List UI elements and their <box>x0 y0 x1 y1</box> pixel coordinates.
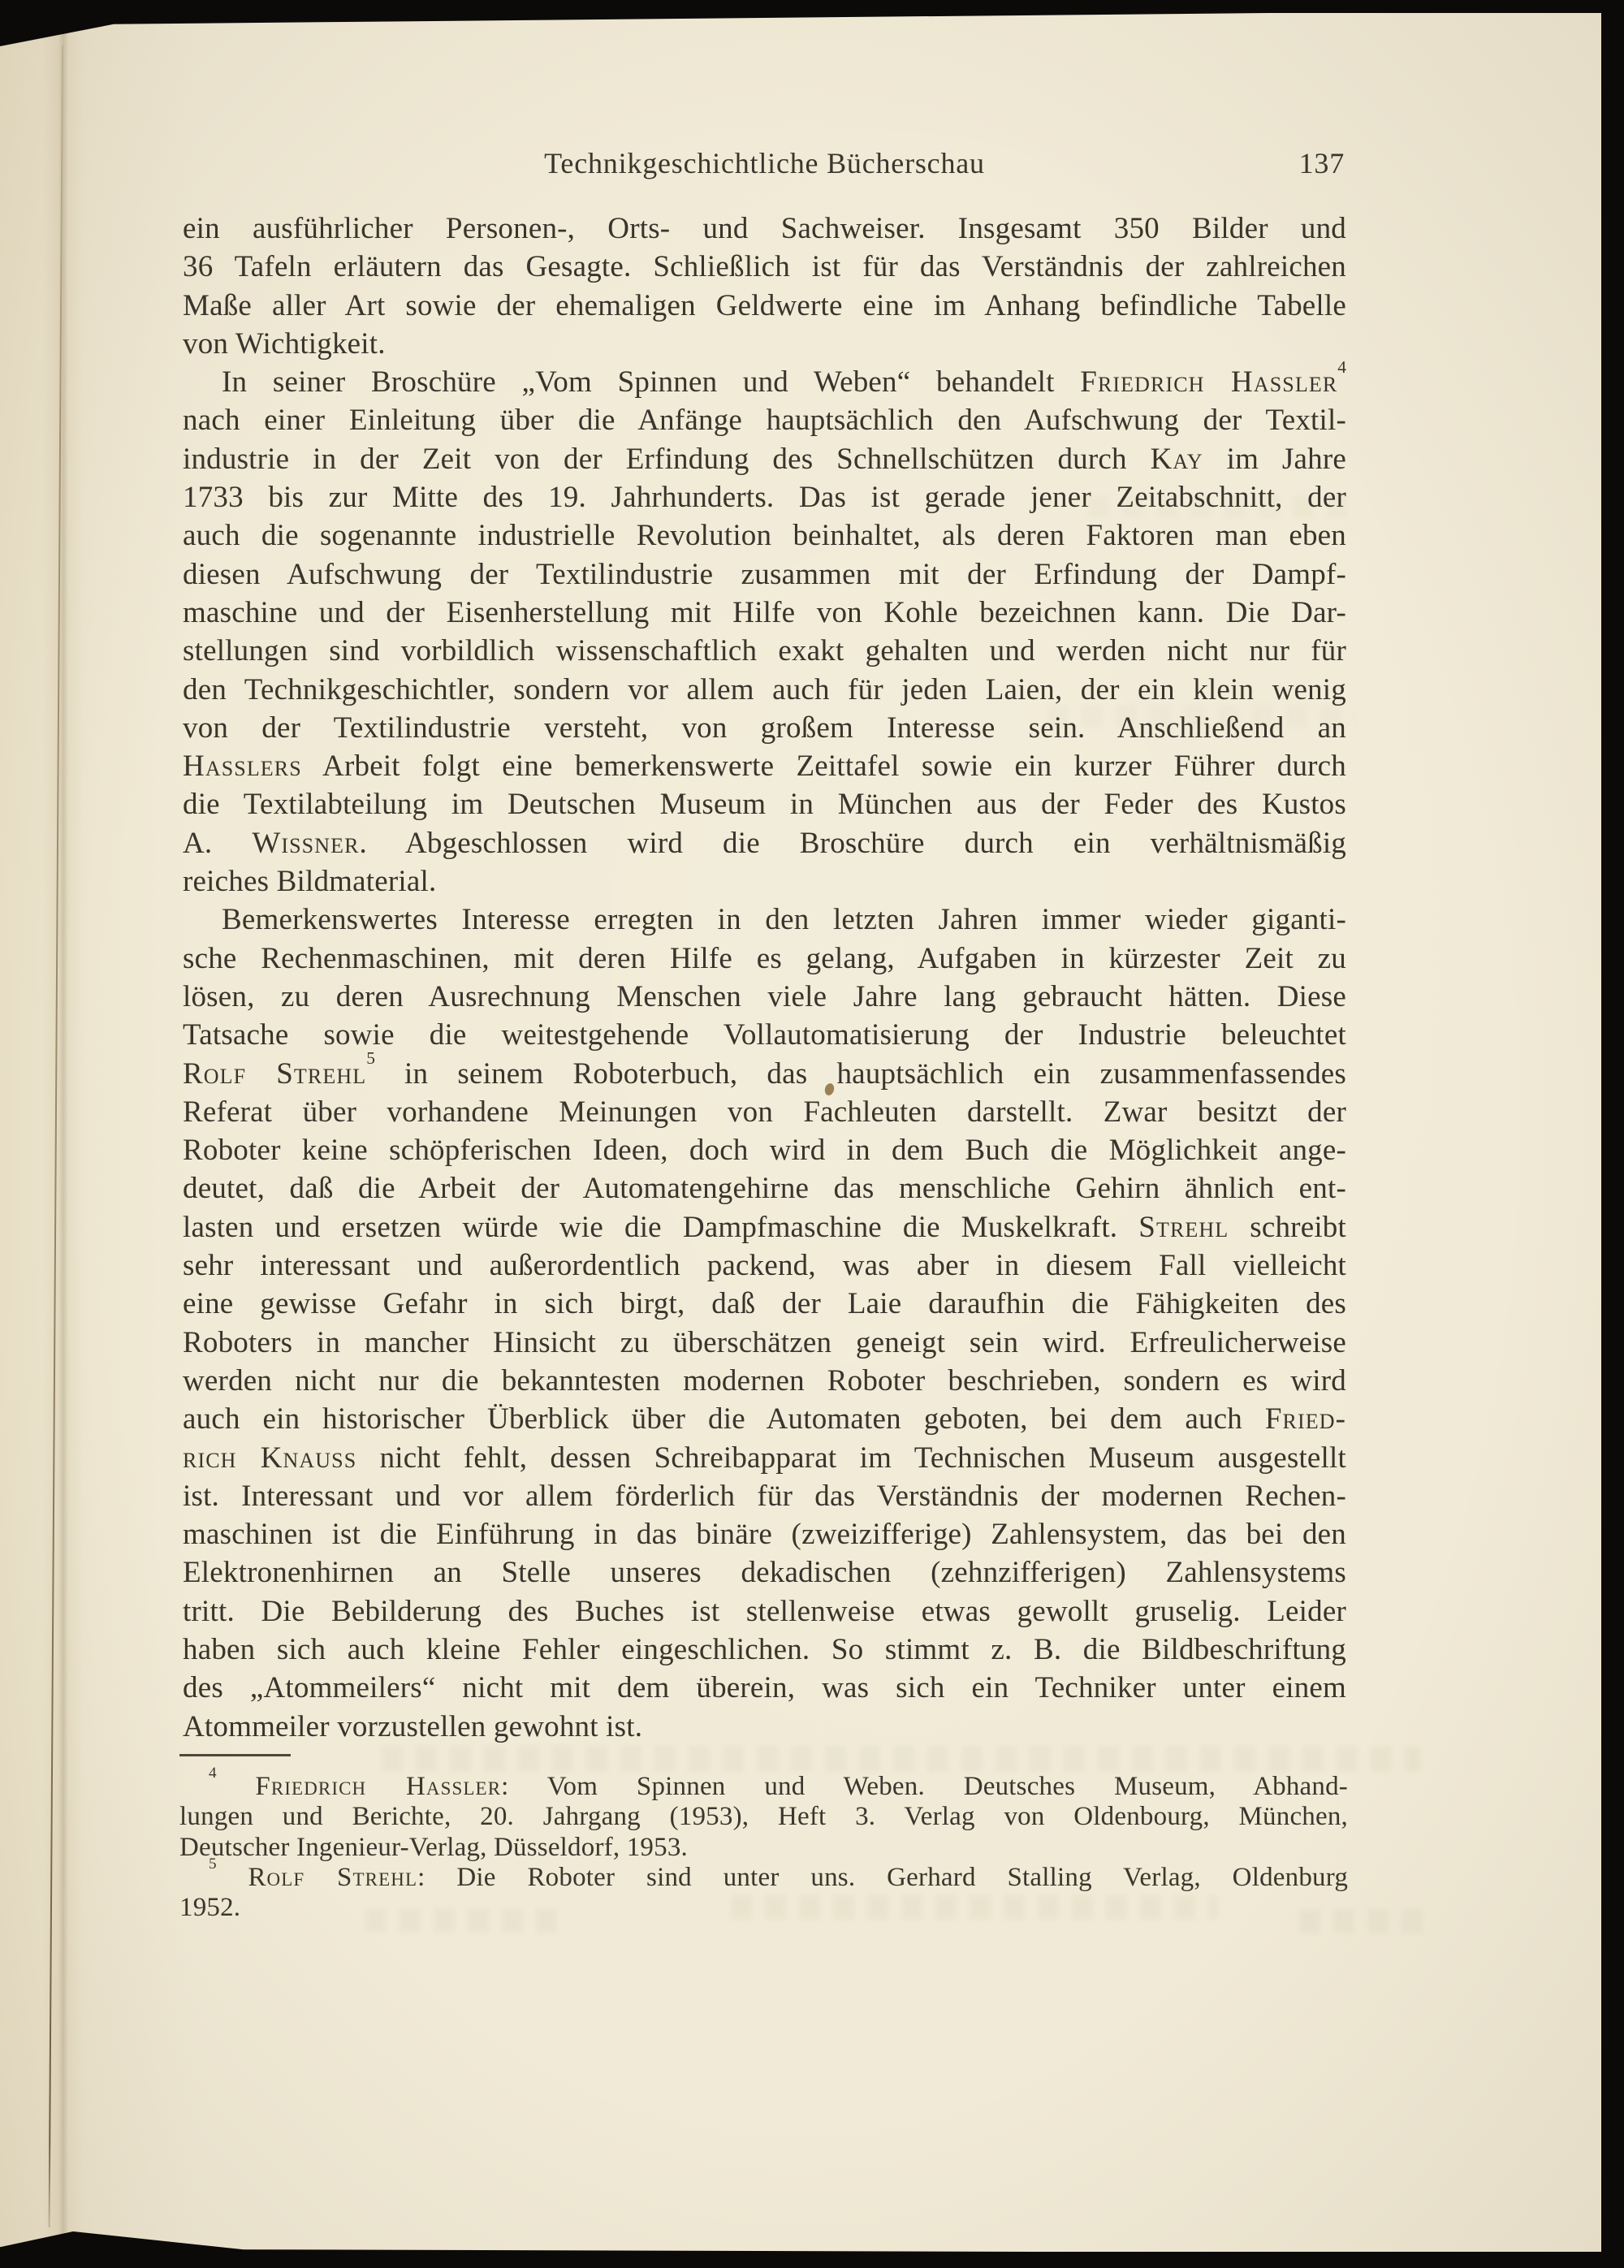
text-line: von Wichtigkeit. <box>183 325 1346 363</box>
paragraph: Bemerkenswertes Interesse erregten in de… <box>183 901 1346 1746</box>
text-line: lasten und ersetzen würde wie die Dampfm… <box>183 1208 1346 1246</box>
text-line: 4 Friedrich Hassler: Vom Spinnen und Web… <box>179 1772 1348 1802</box>
text-line: Elektronenhirnen an Stelle unseres dekad… <box>183 1553 1346 1592</box>
text-line: Roboter keine schöpferischen Ideen, doch… <box>183 1131 1346 1169</box>
text-segment: A. <box>183 827 252 860</box>
text-segment: reiches Bildmaterial. <box>183 865 436 898</box>
text-segment: den Technikgeschichtler, sondern vor all… <box>183 673 1346 706</box>
text-line: stellungen sind vorbildlich wissenschaft… <box>183 632 1346 670</box>
text-line: 5 Rolf Strehl: Die Roboter sind unter un… <box>179 1863 1348 1893</box>
small-caps-name: Friedrich Hassler <box>1080 365 1337 399</box>
page-number: 137 <box>1299 146 1345 180</box>
text-segment: industrie in der Zeit von der Erfindung … <box>183 443 1151 476</box>
footnote-reference: 4 <box>1337 357 1346 377</box>
text-line: den Technikgeschichtler, sondern vor all… <box>183 671 1346 709</box>
text-segment: Bemerkenswertes Interesse erregten in de… <box>222 903 1346 936</box>
text-segment: von Wichtigkeit. <box>183 327 386 361</box>
text-segment: ist. Interessant und vor allem förderlic… <box>183 1480 1346 1513</box>
text-segment: sche Rechenmaschinen, mit deren Hilfe es… <box>183 942 1346 975</box>
text-segment <box>217 1772 256 1801</box>
small-caps-name: rich Knauss <box>183 1441 356 1475</box>
text-segment: 1952. <box>179 1893 240 1922</box>
text-line: Referat über vorhandene Meinungen von Fa… <box>183 1093 1346 1131</box>
small-caps-name: Wissner <box>252 827 359 860</box>
text-line: reiches Bildmaterial. <box>183 862 1346 901</box>
text-segment: Atommeiler vorzustellen gewohnt ist. <box>183 1710 642 1743</box>
text-segment: Roboters in mancher Hinsicht zu überschä… <box>183 1326 1346 1359</box>
paragraph: ein ausführlicher Personen-, Orts- und S… <box>183 210 1346 363</box>
text-line: Deutscher Ingenieur-Verlag, Düsseldorf, … <box>179 1833 1348 1863</box>
text-segment: schreibt <box>1229 1211 1346 1244</box>
text-line: werden nicht nur die bekanntesten modern… <box>183 1362 1346 1400</box>
text-segment: 36 Tafeln erläutern das Gesagte. Schließ… <box>183 250 1346 283</box>
text-line: eine gewisse Gefahr in sich birgt, daß d… <box>183 1285 1346 1323</box>
text-segment: des „Atommeilers“ nicht mit dem überein,… <box>183 1671 1346 1704</box>
text-line: auch ein historischer Überblick über die… <box>183 1400 1346 1438</box>
bleed-through <box>382 1746 1421 1772</box>
text-line: ist. Interessant und vor allem förderlic… <box>183 1477 1346 1515</box>
small-caps-name: Fried- <box>1265 1402 1346 1436</box>
text-segment: Elektronenhirnen an Stelle unseres dekad… <box>183 1556 1346 1589</box>
footnote-reference: 4 <box>209 1765 217 1782</box>
text-line: Roboters in mancher Hinsicht zu überschä… <box>183 1324 1346 1362</box>
text-line: diesen Aufschwung der Textilindustrie zu… <box>183 555 1346 594</box>
text-segment: stellungen sind vorbildlich wissenschaft… <box>183 634 1346 667</box>
text-segment: diesen Aufschwung der Textilindustrie zu… <box>183 558 1346 591</box>
text-line: maschinen ist die Einführung in das binä… <box>183 1515 1346 1553</box>
text-segment: auch die sogenannte industrielle Revolut… <box>183 519 1346 552</box>
page-title: Technikgeschichtliche Bücherschau <box>183 146 1346 180</box>
text-line: von der Textilindustrie versteht, von gr… <box>183 709 1346 747</box>
text-segment: nicht fehlt, dessen Schreibapparat im Te… <box>356 1441 1346 1475</box>
text-segment: im Jahre <box>1203 443 1346 476</box>
text-segment: lösen, zu deren Ausrechnung Menschen vie… <box>183 980 1346 1013</box>
scan-background-right <box>1601 0 1624 2268</box>
text-segment: Referat über vorhandene Meinungen von Fa… <box>183 1095 1346 1129</box>
footnote-rule <box>179 1754 291 1756</box>
text-line: A. Wissner. Abgeschlossen wird die Brosc… <box>183 824 1346 862</box>
text-line: Hasslers Arbeit folgt eine bemerkenswert… <box>183 747 1346 785</box>
gutter-crease <box>49 45 63 2227</box>
text-segment: 1733 bis zur Mitte des 19. Jahrhunderts.… <box>183 481 1346 514</box>
text-segment: . Abgeschlossen wird die Broschüre durch… <box>360 827 1346 860</box>
text-segment: maschinen ist die Einführung in das binä… <box>183 1518 1346 1551</box>
book-scan: Technikgeschichtliche Bücherschau 137 ei… <box>0 0 1624 2268</box>
text-segment: Deutscher Ingenieur-Verlag, Düsseldorf, … <box>179 1833 688 1862</box>
text-segment <box>217 1863 248 1892</box>
text-line: auch die sogenannte industrielle Revolut… <box>183 516 1346 555</box>
text-segment: tritt. Die Bebilderung des Buches ist st… <box>183 1595 1346 1628</box>
page-edge-stack <box>1601 0 1624 2268</box>
text-line: Bemerkenswertes Interesse erregten in de… <box>183 901 1346 939</box>
text-line: lösen, zu deren Ausrechnung Menschen vie… <box>183 978 1346 1016</box>
text-segment: auch ein historischer Überblick über die… <box>183 1402 1265 1436</box>
text-segment: Tatsache sowie die weitestgehende Vollau… <box>183 1018 1346 1052</box>
small-caps-name: Rolf Strehl <box>183 1057 366 1091</box>
text-line: Atommeiler vorzustellen gewohnt ist. <box>183 1708 1346 1746</box>
text-line: die Textilabteilung im Deutschen Museum … <box>183 785 1346 823</box>
book-page: Technikgeschichtliche Bücherschau 137 ei… <box>0 13 1601 2252</box>
text-segment: ein ausführlicher Personen-, Orts- und S… <box>183 212 1346 245</box>
footnote-reference: 5 <box>366 1048 375 1068</box>
text-segment: Arbeit folgt eine bemerkenswerte Zeittaf… <box>302 750 1346 783</box>
footnote-reference: 5 <box>209 1855 217 1873</box>
text-segment: deutet, daß die Arbeit der Automatengehi… <box>183 1172 1346 1205</box>
text-line: rich Knauss nicht fehlt, dessen Schreiba… <box>183 1439 1346 1477</box>
text-segment: nach einer Einleitung über die Anfänge h… <box>183 404 1346 437</box>
text-segment: in seinem Roboterbuch, das hauptsächlich… <box>375 1057 1346 1091</box>
text-segment: maschine und der Eisenherstellung mit Hi… <box>183 596 1346 629</box>
body-text: ein ausführlicher Personen-, Orts- und S… <box>183 210 1346 1746</box>
text-line: 36 Tafeln erläutern das Gesagte. Schließ… <box>183 248 1346 286</box>
text-segment: lungen und Berichte, 20. Jahrgang (1953)… <box>179 1802 1348 1831</box>
running-head: Technikgeschichtliche Bücherschau 137 <box>183 146 1346 187</box>
text-line: Rolf Strehl5 in seinem Roboterbuch, das … <box>183 1055 1346 1093</box>
text-segment: werden nicht nur die bekanntesten modern… <box>183 1364 1346 1398</box>
text-line: nach einer Einleitung über die Anfänge h… <box>183 401 1346 439</box>
small-caps-name: Strehl <box>1138 1211 1229 1244</box>
text-segment: In seiner Broschüre „Vom Spinnen und Web… <box>222 365 1080 399</box>
page-edge-light <box>1609 0 1618 2268</box>
text-line: sehr interessant und außerordentlich pac… <box>183 1246 1346 1285</box>
text-segment: haben sich auch kleine Fehler eingeschli… <box>183 1633 1346 1666</box>
text-segment: eine gewisse Gefahr in sich birgt, daß d… <box>183 1287 1346 1320</box>
text-line: des „Atommeilers“ nicht mit dem überein,… <box>183 1669 1346 1707</box>
text-line: maschine und der Eisenherstellung mit Hi… <box>183 594 1346 632</box>
text-line: In seiner Broschüre „Vom Spinnen und Web… <box>183 363 1346 401</box>
text-line: lungen und Berichte, 20. Jahrgang (1953)… <box>179 1802 1348 1832</box>
text-segment: von der Textilindustrie versteht, von gr… <box>183 711 1346 745</box>
text-line: Tatsache sowie die weitestgehende Vollau… <box>183 1016 1346 1054</box>
text-line: tritt. Die Bebilderung des Buches ist st… <box>183 1592 1346 1631</box>
gutter-shadow <box>42 13 84 2252</box>
text-segment: Roboter keine schöpferischen Ideen, doch… <box>183 1134 1346 1167</box>
text-segment: sehr interessant und außerordentlich pac… <box>183 1249 1346 1282</box>
text-line: sche Rechenmaschinen, mit deren Hilfe es… <box>183 940 1346 978</box>
small-caps-name: Hasslers <box>183 750 302 783</box>
text-line: ein ausführlicher Personen-, Orts- und S… <box>183 210 1346 248</box>
small-caps-name: Kay <box>1151 443 1203 476</box>
small-caps-name: Friedrich Hassler <box>255 1772 501 1801</box>
page-edge-dark <box>1618 0 1624 2268</box>
text-line: industrie in der Zeit von der Erfindung … <box>183 440 1346 478</box>
text-segment: lasten und ersetzen würde wie die Dampfm… <box>183 1211 1138 1244</box>
text-line: 1952. <box>179 1893 1348 1923</box>
text-line: Maße aller Art sowie der ehemaligen Geld… <box>183 287 1346 325</box>
text-line: haben sich auch kleine Fehler eingeschli… <box>183 1631 1346 1669</box>
small-caps-name: Rolf Strehl <box>248 1863 417 1892</box>
text-line: deutet, daß die Arbeit der Automatengehi… <box>183 1169 1346 1207</box>
text-segment: die Textilabteilung im Deutschen Museum … <box>183 788 1346 821</box>
footnotes: 4 Friedrich Hassler: Vom Spinnen und Web… <box>179 1772 1348 1923</box>
text-line: 1733 bis zur Mitte des 19. Jahrhunderts.… <box>183 478 1346 516</box>
text-segment: : Die Roboter sind unter uns. Gerhard St… <box>417 1863 1348 1892</box>
text-segment: : Vom Spinnen und Weben. Deutsches Museu… <box>501 1772 1348 1801</box>
page-edge-highlight <box>1601 0 1609 2268</box>
paragraph: In seiner Broschüre „Vom Spinnen und Web… <box>183 363 1346 901</box>
text-segment: Maße aller Art sowie der ehemaligen Geld… <box>183 289 1346 322</box>
